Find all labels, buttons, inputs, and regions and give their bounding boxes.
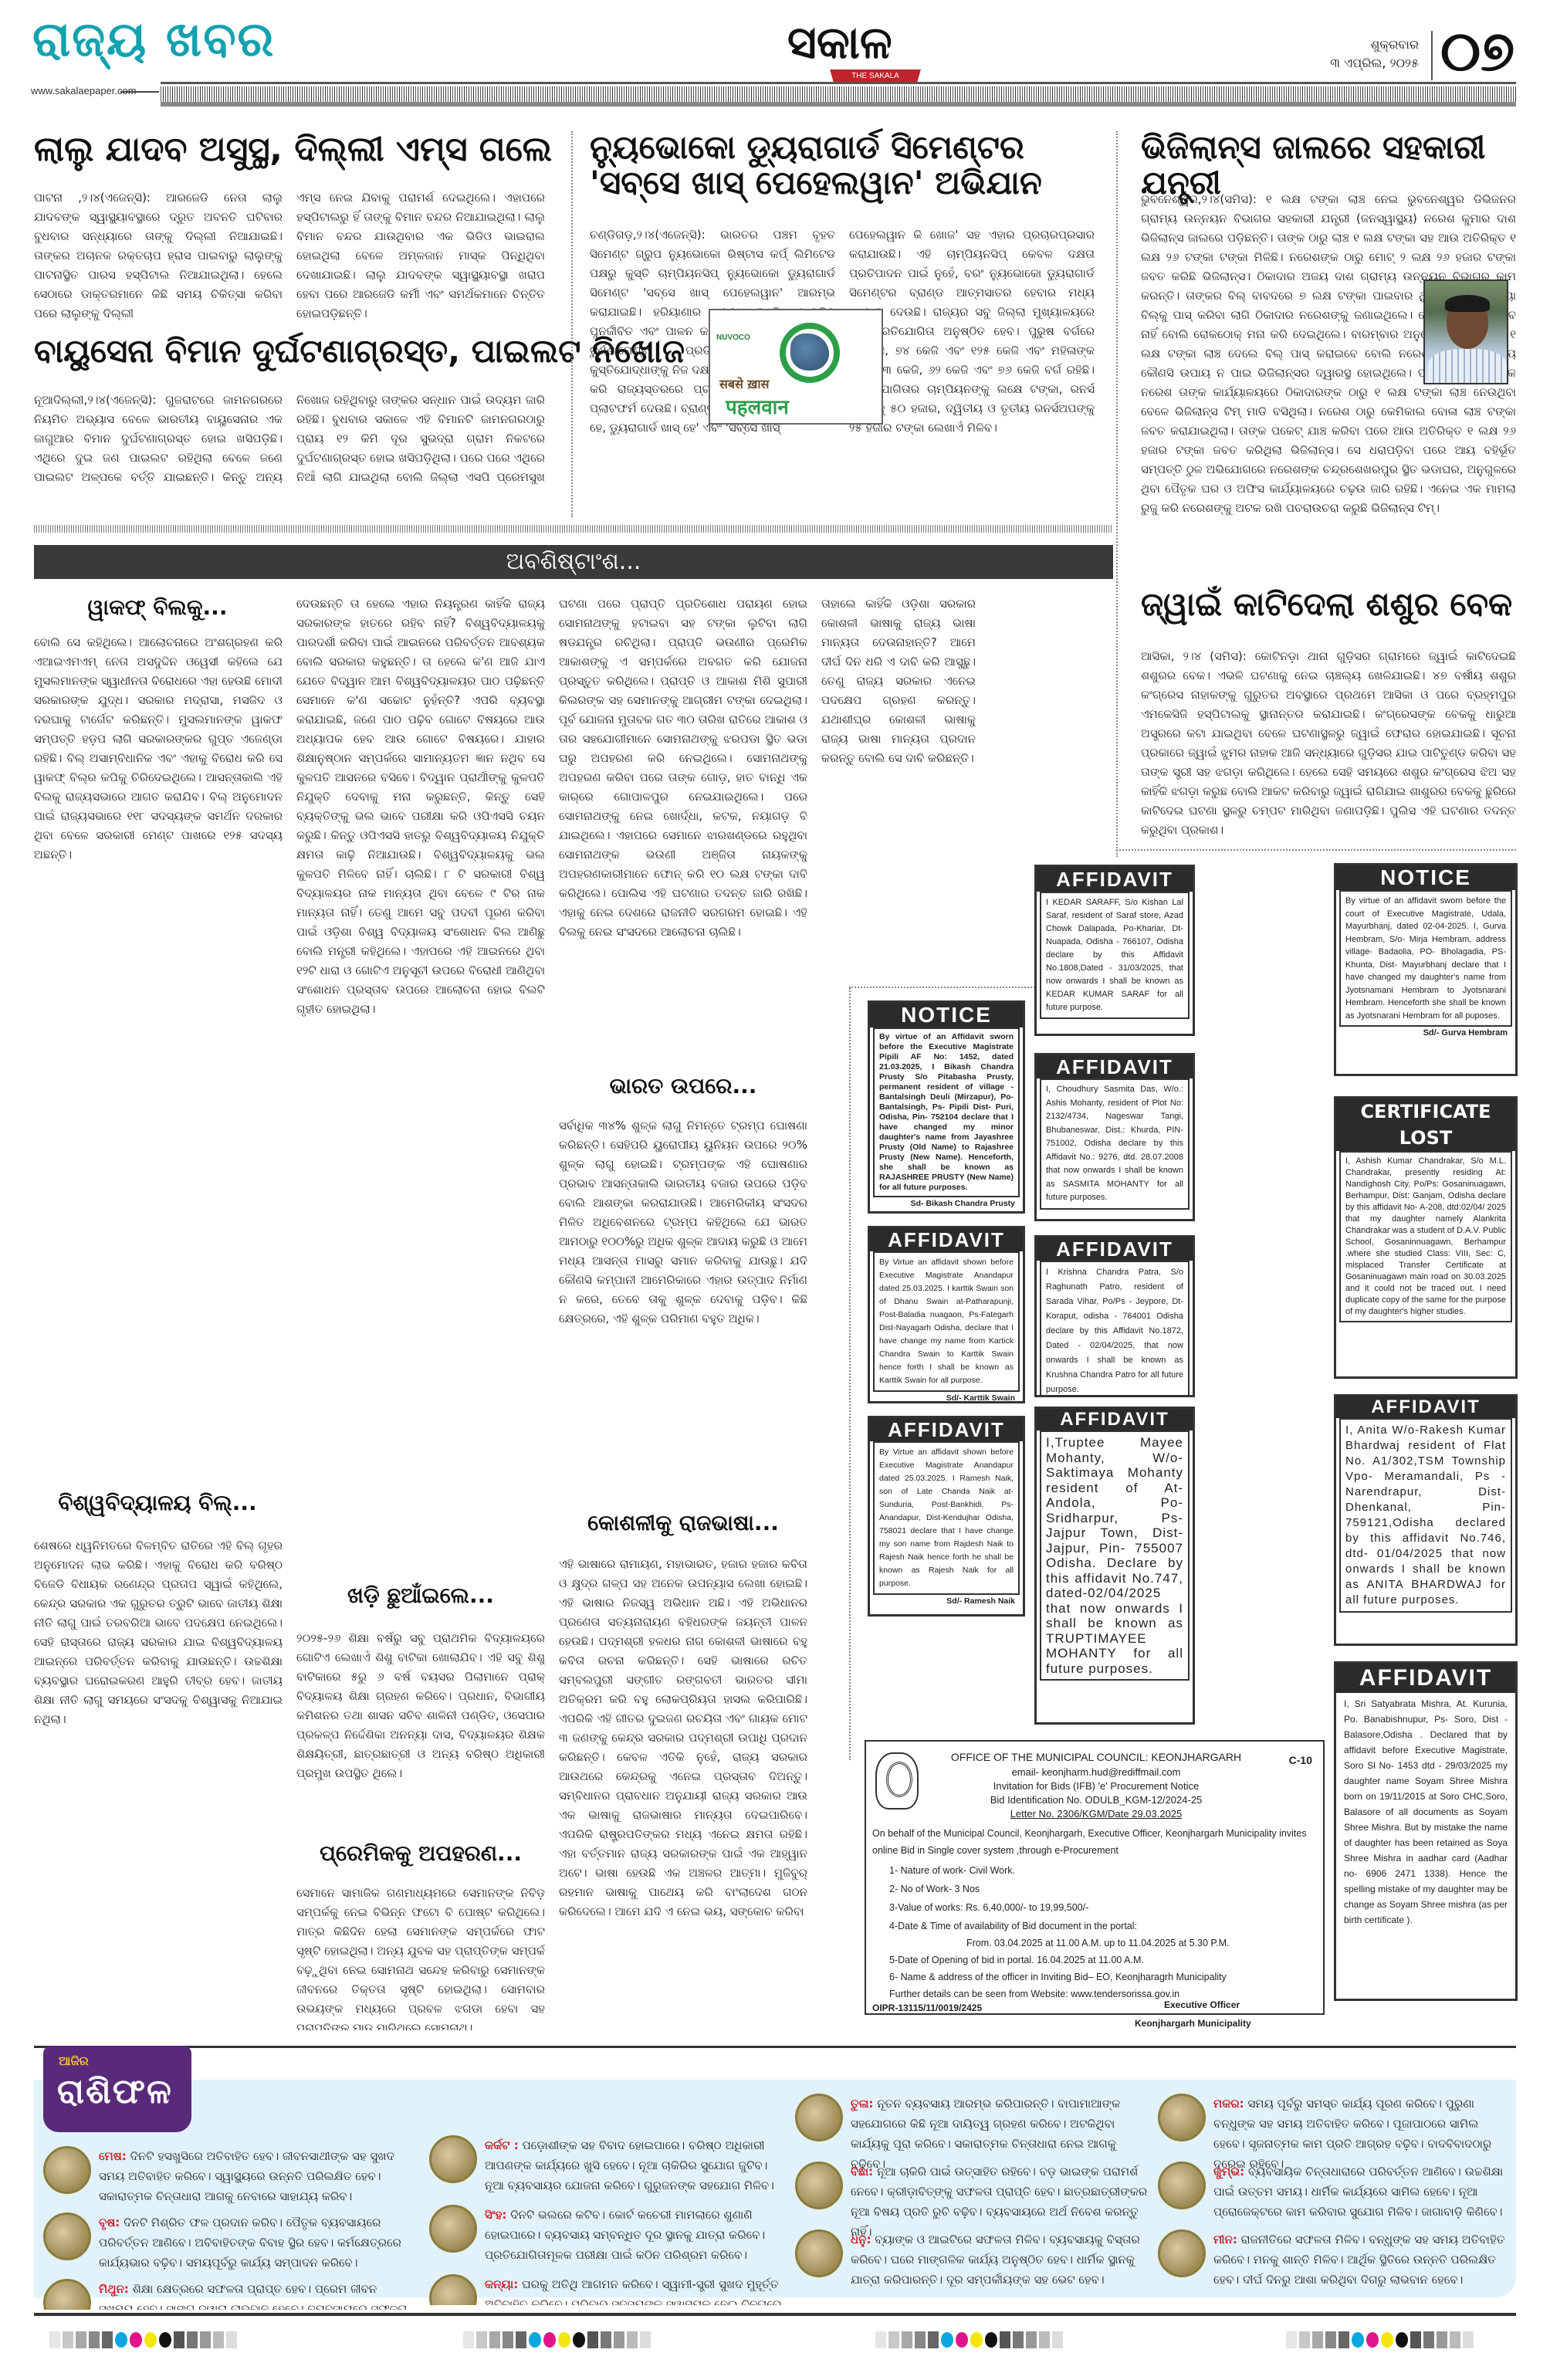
sign-text: ଧନୁ: ବ୍ୟାଙ୍କ ଓ ଆଇଟିରେ ସଫଳତା ମିଳିବ। ବ୍ୟବସ… [851, 2229, 1150, 2290]
headline-attack: ଜ୍ୱାଇଁ କାଟିଦେଲା ଶଶୁର ବେକ [1141, 587, 1512, 622]
sign-name: ମେଷ: [99, 2149, 127, 2163]
tender-item: 4-Date & Time of availability of Bid doc… [889, 1921, 1137, 1931]
tender-item: 6- Name & address of the officer in Invi… [889, 1972, 1227, 1982]
classified-body: By virtue of an Affidavit sworn before t… [873, 1027, 1020, 1197]
footer-rule [34, 2313, 1516, 2316]
classified-body: By virtue of an affidavit sworn before t… [1339, 890, 1512, 1027]
gemini-icon [43, 2279, 91, 2310]
classified-heading: AFFIDAVIT [1037, 867, 1193, 892]
article-body: ୨୦୨୫-୨୬ ଶିକ୍ଷା ବର୍ଷରୁ ସବୁ ପ୍ରାଥମିକ ବିଦ୍ୟ… [296, 1629, 545, 1830]
subhead-khadi: ଖଡ଼ି ଛୁଆଁଇଲେ... [296, 1583, 545, 1609]
tender-item: 2- No of Work- 3 Nos [889, 1884, 980, 1894]
classified-heading: AFFIDAVIT [1037, 1237, 1193, 1261]
scorpio-icon [795, 2162, 843, 2209]
color-registration-bar [49, 2331, 237, 2348]
classified-body: I, Anita W/o-Rakesh Kumar Bhardwaj resid… [1339, 1418, 1512, 1613]
classified-heading: AFFIDAVIT [1037, 1055, 1193, 1078]
classified-body: By Virtue an affidavit shown before Exec… [873, 1441, 1020, 1595]
classified-signature: Sd/- Ramesh Naik [873, 1593, 1020, 1609]
taurus-icon [43, 2212, 91, 2260]
article-body: ପାଟନା ,୨।୪(ଏଜେନ୍ସି): ଆରଜେଡି ନେତା ଲାଲୁ ଯା… [34, 188, 283, 343]
article-body: ବୋଲି ସେ କହିଥିଲେ। ଆଲୋଚନାରେ ଅଂଶଗ୍ରହଣ କରି ଏ… [34, 633, 283, 1482]
horoscope-sagittarius: ଧନୁ: ବ୍ୟାଙ୍କ ଓ ଆଇଟିରେ ସଫଳତା ମିଳିବ। ବ୍ୟବସ… [795, 2229, 1150, 2290]
sign-name: ସିଂହ: [485, 2208, 506, 2222]
sign-prediction: ଦିନଟି ମିଶ୍ରିତ ଫଳ ପ୍ରଦାନ କରିବ। ପୈତୃକ ବ୍ୟବ… [99, 2216, 401, 2270]
article-body: ଆସିକା, ୨।୪ (ସମିସ): କୋଟିନଡ଼ା ଥାନା ଗୁଡ଼ିସର… [1141, 647, 1516, 840]
classified-affidavit: AFFIDAVIT By Virtue an affidavit shown b… [868, 1416, 1025, 1617]
subhead-kidnap: ପ୍ରେମିକକୁ ଅପହରଣ... [296, 1840, 545, 1867]
newspaper-logo: ସକାଳ [787, 20, 892, 65]
sign-text: ସିଂହ: ଦିନଟି ଭଲରେ କଟିବ। କୋର୍ଟ କଚେରୀ ମାମଲା… [485, 2205, 784, 2265]
article-body: ନିଖୋଜ ରହିଥିବାରୁ ତାଙ୍କର ସନ୍ଧାନ ପାଇଁ ଉଦ୍ୟମ… [296, 391, 545, 491]
horoscope-taurus: ବୃଷ: ଦିନଟି ମିଶ୍ରିତ ଫଳ ପ୍ରଦାନ କରିବ। ପୈତୃକ… [43, 2212, 414, 2273]
horoscope-pisces: ମୀନ: ରାଜନୀତିରେ ସଫଳତା ମିଳିବ। ବନ୍ଧୁଙ୍କ ସହ … [1158, 2229, 1513, 2290]
color-registration-bar [1286, 2331, 1474, 2348]
subhead-university: ବିଶ୍ୱବିଦ୍ୟାଳୟ ବିଲ୍... [34, 1490, 281, 1516]
sign-prediction: ଦିନଟି ହସଖୁସିରେ ଅତିବାହିତ ହେବ। ଜୀବନସାଥୀଙ୍କ… [99, 2149, 394, 2203]
headline-lalu: ଲାଲୁ ଯାଦବ ଅସୁସ୍ଥ, ଦିଲ୍ଲୀ ଏମ୍ସ ଗଲେ [34, 131, 552, 168]
article-body: ଦେଉଛନ୍ତି ତା ହେଲେ ଏହାର ନିୟନ୍ତ୍ରଣ କାହିଁକି … [296, 594, 545, 1590]
article-body: ଏହି ଭାଷାରେ ରାମାୟଣ, ମହାଭାରତ, ହଜାର ହଜାର କବ… [559, 1555, 807, 2030]
tender-website-link[interactable]: Further details can be seen from Website… [889, 1989, 1179, 1999]
sign-text: କନ୍ୟା: ଘରକୁ ଅତିଥି ଆଗମନ କରିବେ। ସ୍ୱାମୀ-ସ୍ତ… [485, 2274, 784, 2305]
sign-prediction: ନୂତନ ବ୍ୟବସାୟ ଆରମ୍ଭ କରିପାରନ୍ତି। ବାପାମାଆଙ୍… [851, 2097, 1120, 2171]
subhead-koshali: କୋଶଳୀକୁ ରାଜଭାଷା... [559, 1510, 807, 1536]
ad-brand: NUVOCO [716, 333, 750, 342]
sign-name: ମକର: [1213, 2097, 1244, 2111]
classified-affidavit: AFFIDAVIT I, Sri Satyabrata Mishra, At. … [1334, 1661, 1518, 2001]
tender-item: From. 03.04.2025 at 11.00 A.M. up to 11.… [966, 1938, 1230, 1948]
sign-name: କର୍କଟ : [485, 2138, 519, 2152]
classified-heading: CERTIFICATE LOST [1336, 1099, 1515, 1151]
classified-notice: NOTICE By virtue of an Affidavit sworn b… [868, 1000, 1025, 1214]
tender-office: OFFICE OF THE MUNICIPAL COUNCIL: KEONJHA… [866, 1751, 1326, 1763]
band-pattern [34, 525, 1113, 533]
subhead-waqf: ୱାକଫ୍ ବିଲକୁ... [34, 594, 281, 621]
ad-title: पहलवान [726, 392, 789, 420]
classified-body: I KEDAR SARAFF, S/o Kishan Lal Saraf, re… [1040, 892, 1190, 1019]
sign-name: ମୀନ: [1213, 2233, 1237, 2246]
sign-text: ମିଥୁନ: ଶିକ୍ଷା କ୍ଷେତ୍ରରେ ସଫଳତା ପ୍ରାପ୍ତ ହେ… [99, 2279, 414, 2310]
section-title: ରାଜ୍ୟ ଖବର [32, 15, 276, 63]
classified-affidavit: AFFIDAVIT I Krishna Chandra Patra, S/o R… [1034, 1235, 1195, 1397]
masthead-rule [161, 82, 1516, 84]
sign-name: କୁମ୍ଭ: [1213, 2165, 1244, 2179]
headline-airforce: ବାୟୁସେନା ବିମାନ ଦୁର୍ଘଟଣାଗ୍ରସ୍ତ, ପାଇଲଟ ନିଖ… [34, 333, 685, 369]
issue-day: ଶୁକ୍ରବାର [1303, 37, 1419, 52]
article-body: ପେହେଲୱାନ କି ଖୋଜ' ସହ ଏହାର ପ୍ରଚାରପ୍ରସାର କର… [849, 225, 1095, 516]
classified-heading: NOTICE [1336, 865, 1515, 890]
horoscope-aries: ମେଷ: ଦିନଟି ହସଖୁସିରେ ଅତିବାହିତ ହେବ। ଜୀବନସା… [43, 2146, 414, 2206]
tender-intro: On behalf of the Municipal Council, Keon… [872, 1825, 1320, 1859]
tender-ref: OIPR-13115/11/0019/2425 [872, 2003, 982, 2013]
tender-code: C-10 [1289, 1754, 1312, 1766]
horoscope-gemini: ମିଥୁନ: ଶିକ୍ଷା କ୍ଷେତ୍ରରେ ସଫଳତା ପ୍ରାପ୍ତ ହେ… [43, 2279, 414, 2310]
classified-heading: AFFIDAVIT [1336, 1664, 1515, 1693]
article-body: ସର୍ବାଧିକ ୩୪% ଶୁଳ୍କ ଲାଗୁ ନିମନ୍ତେ ଟ୍ରମ୍ପ ଘ… [559, 1116, 807, 1502]
classified-affidavit: AFFIDAVIT I KEDAR SARAFF, S/o Kishan Lal… [1034, 865, 1195, 1036]
article-body: ସେମାନେ ସାମାଜିକ ଗଣମାଧ୍ୟମରେ ସେମାନଙ୍କ ନିବିଡ… [296, 1884, 545, 2030]
section-rule [34, 2046, 1516, 2048]
classified-heading: AFFIDAVIT [870, 1418, 1023, 1441]
horoscope-badge: ଆଜିର ରାଶିଫଳ [43, 2046, 191, 2132]
classified-heading: AFFIDAVIT [1037, 1409, 1193, 1430]
horoscope-leo: ସିଂହ: ଦିନଟି ଭଲରେ କଟିବ। କୋର୍ଟ କଚେରୀ ମାମଲା… [429, 2205, 784, 2265]
issue-date: ୩ ଏପ୍ରିଲ, ୨୦୨୫ [1303, 56, 1419, 71]
sign-text: କର୍କଟ : ପଡ଼ୋଶୀଙ୍କ ସହ ବିବାଦ ହୋଇପାରେ। ବରିଷ… [485, 2135, 784, 2195]
sign-prediction: ସମୟ ପୂର୍ବରୁ ସମସ୍ତ କାର୍ଯ୍ୟ ପୂରଣ କରିବେ। ପୁ… [1213, 2097, 1491, 2171]
classified-certificate-lost: CERTIFICATE LOST I, Ashish Kumar Chandra… [1334, 1096, 1518, 1379]
badge-small-text: ଆଜିର [59, 2053, 89, 2069]
virgo-icon [429, 2274, 477, 2305]
section-separator [1116, 849, 1516, 851]
sign-prediction: ଘରକୁ ଅତିଥି ଆଗମନ କରିବେ। ସ୍ୱାମୀ-ସ୍ତ୍ରୀ ସୁଖ… [485, 2277, 781, 2305]
leo-icon [429, 2205, 477, 2253]
tender-signatory: Executive Officer [1164, 1999, 1240, 2010]
sign-prediction: ନୂଆ ଚାକିରି ପାଇଁ ଉତ୍ସାହିତ ରହିବେ। ବଡ଼ ଭାଇଙ… [851, 2165, 1147, 2239]
divider [120, 91, 159, 93]
subhead-india: ଭାରତ ଉପରେ... [559, 1073, 807, 1099]
article-body: ଶେଷରେ ଧ୍ୱନିମତରେ ବିଳମ୍ବିତ ରାତିରେ ଏହି ବିଲ୍… [34, 1536, 283, 2030]
tender-item: 5-Date of Opening of bid in portal. 16.0… [889, 1955, 1144, 1965]
article-body: ନୂଆଦିଲ୍ଲୀ,୨।୪(ଏଜେନ୍ସି): ଗୁଜରାଟରେ ଜାମନଗରର… [34, 391, 283, 491]
classified-heading: AFFIDAVIT [1336, 1397, 1515, 1418]
classified-body: I, Choudhury Sasmita Das, W/o.: Ashis Mo… [1040, 1078, 1190, 1210]
sign-prediction: ବ୍ୟବସାୟିକ ଚିନ୍ତାଧାରାରେ ପରିବର୍ତ୍ତନ ଆଣିବେ।… [1213, 2165, 1503, 2219]
engineer-photo [1423, 279, 1508, 384]
tender-letter: Letter No. 2306/KGM/Date 29.03.2025 [866, 1808, 1326, 1820]
classified-affidavit: AFFIDAVIT By Virtue an affidavit shown b… [868, 1226, 1025, 1403]
ad-tagline: सबसे ख़ास [719, 375, 769, 392]
sign-prediction: ପଡ଼ୋଶୀଙ୍କ ସହ ବିବାଦ ହୋଇପାରେ। ବରିଷ୍ଠ ଅଧିକା… [485, 2138, 774, 2192]
tender-signatory: Keonjhargarh Municipality [1135, 2018, 1251, 2029]
aquarius-icon [1158, 2162, 1206, 2209]
classified-affidavit: AFFIDAVIT I,Truptee Mayee Mohanty, W/o- … [1034, 1407, 1195, 1725]
advertisement-image: NUVOCO सबसे ख़ास पहलवान [709, 309, 883, 425]
sign-prediction: ଦିନଟି ଭଲରେ କଟିବ। କୋର୍ଟ କଚେରୀ ମାମଲାରେ ଶୁଣ… [485, 2208, 765, 2262]
sign-text: ମୀନ: ରାଜନୀତିରେ ସଫଳତା ମିଳିବ। ବନ୍ଧୁଙ୍କ ସହ … [1213, 2229, 1513, 2290]
horoscope-cancer: କର୍କଟ : ପଡ଼ୋଶୀଙ୍କ ସହ ବିବାଦ ହୋଇପାରେ। ବରିଷ… [429, 2135, 784, 2195]
masthead-pattern [161, 86, 1516, 102]
classified-affidavit: AFFIDAVIT I, Anita W/o-Rakesh Kumar Bhar… [1334, 1394, 1518, 1646]
cancer-icon [429, 2135, 477, 2183]
horoscope-virgo: କନ୍ୟା: ଘରକୁ ଅତିଥି ଆଗମନ କରିବେ। ସ୍ୱାମୀ-ସ୍ତ… [429, 2274, 784, 2305]
classified-heading: NOTICE [870, 1003, 1023, 1027]
aries-icon [43, 2146, 91, 2194]
classified-body: I, Ashish Kumar Chandrakar, S/o M.L. Cha… [1339, 1151, 1512, 1322]
sign-prediction: ବ୍ୟାଙ୍କ ଓ ଆଇଟିରେ ସଫଳତା ମିଳିବ। ବ୍ୟବସାୟକୁ … [851, 2233, 1140, 2287]
tender-title: Invitation for Bids (IFB) 'e' Procuremen… [866, 1780, 1326, 1792]
photo-hair [1445, 295, 1490, 312]
classified-affidavit: AFFIDAVIT I, Choudhury Sasmita Das, W/o.… [1034, 1053, 1195, 1221]
sign-text: ମେଷ: ଦିନଟି ହସଖୁସିରେ ଅତିବାହିତ ହେବ। ଜୀବନସା… [99, 2146, 414, 2206]
horoscope-aquarius: କୁମ୍ଭ: ବ୍ୟବସାୟିକ ଚିନ୍ତାଧାରାରେ ପରିବର୍ତ୍ତନ… [1158, 2162, 1513, 2222]
column-separator [1116, 131, 1118, 857]
sagittarius-icon [795, 2229, 843, 2277]
sign-name: ବୃଷ: [99, 2216, 120, 2229]
masthead-rule [161, 102, 1516, 107]
color-registration-bar [875, 2331, 1063, 2348]
classified-signature: Sd/- Gurva Hembram [1339, 1025, 1512, 1041]
classified-body: I Krishna Chandra Patra, S/o Raghunath P… [1040, 1261, 1190, 1397]
sign-name: ଧନୁ: [851, 2233, 871, 2246]
pisces-icon [1158, 2229, 1206, 2277]
tender-notice: OFFICE OF THE MUNICIPAL COUNCIL: KEONJHA… [865, 1740, 1325, 2015]
sign-name: ତୁଳା: [851, 2097, 873, 2111]
capricorn-icon [1158, 2094, 1206, 2141]
libra-icon [795, 2094, 843, 2141]
article-body: ଘଟଣା ପରେ ପ୍ରାପ୍ତି ପ୍ରତିଶୋଧ ପରାୟଣ ହୋଇ ସୋମ… [559, 594, 807, 1058]
tender-item: 1- Nature of work- Civil Work. [889, 1865, 1015, 1876]
sign-name: କନ୍ୟା: [485, 2277, 518, 2291]
tender-email[interactable]: email- keonjharm.hud@rediffmail.com [866, 1766, 1326, 1778]
classified-heading: AFFIDAVIT [870, 1228, 1023, 1251]
classified-signature: Sd/- Karttik Swain [873, 1390, 1020, 1403]
classified-body: I, Sri Satyabrata Mishra, At. Kurunia, P… [1339, 1693, 1512, 1931]
sign-name: ବିଛା: [851, 2165, 873, 2179]
classified-body: By Virtue an affidavit shown before Exec… [873, 1251, 1020, 1392]
continued-band: ଅବଶିଷ୍ଟାଂଶ... [34, 545, 1113, 579]
photo-shirt [1428, 349, 1507, 384]
article-body: ଏମ୍ସ ନେଇ ଯିବାକୁ ପରାମର୍ଶ ଦେଇଥିଲେ। ଏହାପରେ … [296, 188, 545, 343]
badge-title: ରାଶିଫଳ [57, 2072, 173, 2111]
sign-name: ମିଥୁନ: [99, 2282, 129, 2296]
article-body: ତାହାଲେ କାହିଁକି ଓଡ଼ିଶା ସରକାର କୋଶଳୀ ଭାଷାକୁ… [821, 594, 976, 973]
headline-nuvoco: ନ୍ୟୁଭୋକୋ ଡ୍ୟୁରାଗାର୍ଡ ସିମେଣ୍ଟର 'ସବ୍‌ସେ ଖା… [590, 130, 1099, 201]
sign-text: ବୃଷ: ଦିନଟି ମିଶ୍ରିତ ଫଳ ପ୍ରଦାନ କରିବ। ପୈତୃକ… [99, 2212, 414, 2273]
sign-prediction: ଶିକ୍ଷା କ୍ଷେତ୍ରରେ ସଫଳତା ପ୍ରାପ୍ତ ହେବ। ପ୍ରେ… [99, 2282, 407, 2310]
classified-body: I,Truptee Mayee Mohanty, W/o- Saktimaya … [1040, 1430, 1190, 1681]
color-registration-bar [463, 2331, 651, 2348]
divider [1431, 31, 1433, 80]
column-separator [849, 988, 851, 1760]
wrestler-graphic [790, 333, 829, 371]
classified-notice: NOTICE By virtue of an affidavit sworn b… [1334, 863, 1518, 1076]
tender-item: 3-Value of works: Rs. 6,40,000/- to 19,9… [889, 1902, 1088, 1913]
column-separator [571, 131, 573, 517]
page-number: ୦୭ [1440, 23, 1514, 79]
tender-bid-id: Bid Identification No. ODULB_KGM-12/2024… [866, 1794, 1326, 1806]
sign-text: କୁମ୍ଭ: ବ୍ୟବସାୟିକ ଚିନ୍ତାଧାରାରେ ପରିବର୍ତ୍ତନ… [1213, 2162, 1513, 2222]
sign-prediction: ରାଜନୀତିରେ ସଫଳତା ମିଳିବ। ବନ୍ଧୁଙ୍କ ସହ ସମୟ ଅ… [1213, 2233, 1504, 2287]
classified-signature: Sd- Bikash Chandra Prusty [873, 1196, 1020, 1211]
